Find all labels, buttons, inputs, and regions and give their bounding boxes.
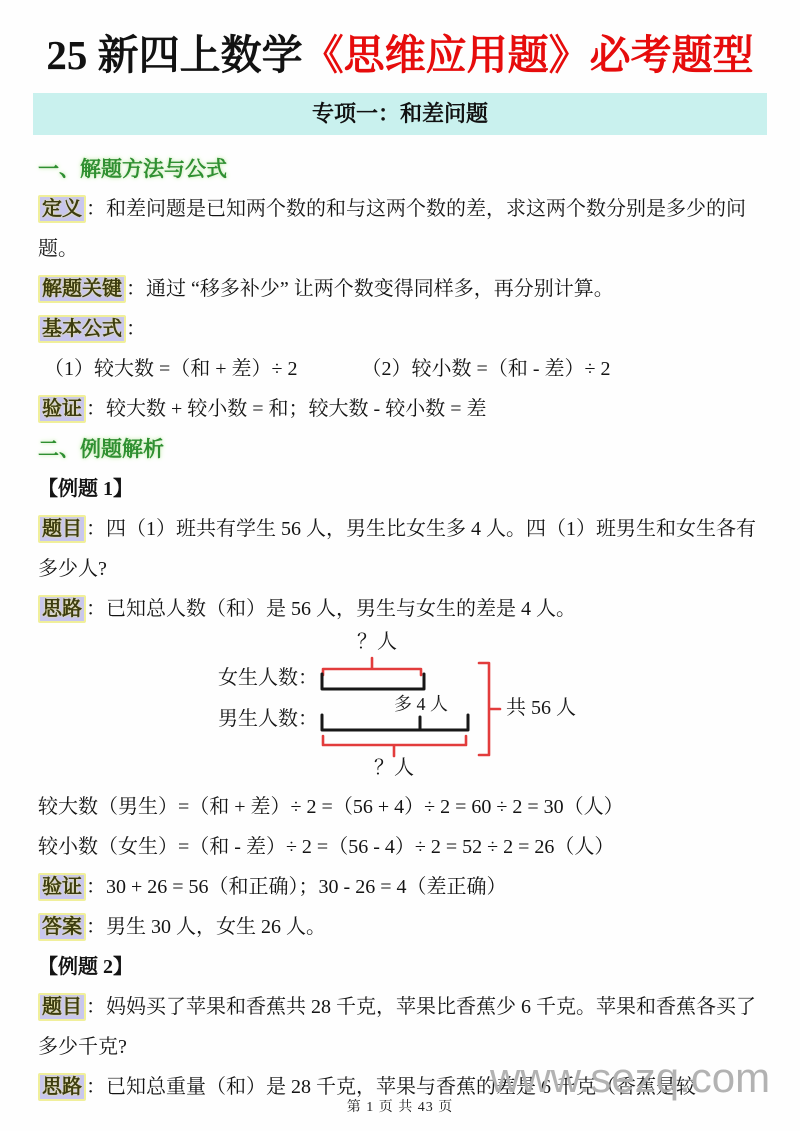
formula-larger: （1）较大数 =（和 + 差）÷ 2	[44, 349, 298, 389]
example1-question-text: ：四（1）班共有学生 56 人，男生比女生多 4 人。四（1）班男生和女生各有多…	[38, 518, 756, 580]
formula-row: （1）较大数 =（和 + 差）÷ 2（2）较小数 =（和 - 差）÷ 2	[38, 349, 764, 389]
girls-bar	[322, 674, 424, 689]
example1-question: 题目：四（1）班共有学生 56 人，男生比女生多 4 人。四（1）班男生和女生各…	[38, 509, 764, 589]
bottom-question-label: ？人	[330, 757, 458, 779]
top-question-label: ？人	[322, 631, 432, 653]
paragraph-verify: 验证：较大数 + 较小数 = 和；较大数 - 较小数 = 差	[38, 389, 764, 429]
example1-verify: 验证：30 + 26 = 56（和正确）；30 - 26 = 4（差正确）	[38, 867, 764, 907]
example1-answer: 答案：男生 30 人，女生 26 人。	[38, 907, 764, 947]
title-black-part: 25 新四上数学	[46, 32, 302, 78]
example1-calc-smaller: 较小数（女生）=（和 - 差）÷ 2 =（56 - 4）÷ 2 = 52 ÷ 2…	[38, 827, 764, 867]
formula-title-colon: ：	[126, 318, 146, 340]
example1-answer-text: ：男生 30 人，女生 26 人。	[86, 916, 326, 938]
paragraph-key: 解题关键：通过 “移多补少” 让两个数变得同样多，再分别计算。	[38, 269, 764, 309]
example1-title: 【例题 1】	[38, 469, 764, 509]
bar-model-diagram: ？人 女生人数： 多 4 人 男生人数： 共 56 人 ？人	[0, 629, 800, 787]
top-brace	[323, 658, 421, 675]
page-number-footer: 第 1 页 共 43 页	[0, 1096, 800, 1116]
difference-label: 多 4 人	[394, 693, 448, 715]
document-body: 一、解题方法与公式 定义：和差问题是已知两个数的和与这两个数的差，求这两个数分别…	[0, 135, 800, 1107]
definition-text: ：和差问题是已知两个数的和与这两个数的差，求这两个数分别是多少的问题。	[38, 198, 746, 260]
total-label: 共 56 人	[506, 697, 576, 719]
paragraph-definition: 定义：和差问题是已知两个数的和与这两个数的差，求这两个数分别是多少的问题。	[38, 189, 764, 269]
boys-bar	[322, 715, 468, 730]
example1-question-chip: 题目	[38, 515, 86, 543]
girls-row-label: 女生人数：	[200, 667, 318, 689]
example1-idea-chip: 思路	[38, 595, 86, 623]
heading-methods: 一、解题方法与公式	[38, 149, 764, 189]
watermark: www.sezq.com	[490, 1054, 770, 1102]
verify-text: ：较大数 + 较小数 = 和；较大数 - 较小数 = 差	[86, 398, 487, 420]
key-text: ：通过 “移多补少” 让两个数变得同样多，再分别计算。	[126, 278, 614, 300]
example2-question-chip: 题目	[38, 993, 86, 1021]
title-red-part: 《思维应用题》必考题型	[303, 32, 754, 78]
example1-verify-text: ：30 + 26 = 56（和正确）；30 - 26 = 4（差正确）	[86, 876, 507, 898]
paragraph-formula-title: 基本公式：	[38, 309, 764, 349]
total-brace	[479, 663, 500, 755]
example1-idea: 思路：已知总人数（和）是 56 人，男生与女生的差是 4 人。	[38, 589, 764, 629]
section-banner: 专项一：和差问题	[33, 93, 767, 135]
definition-label-chip: 定义	[38, 195, 86, 223]
heading-examples: 二、例题解析	[38, 429, 764, 469]
example1-idea-text: ：已知总人数（和）是 56 人，男生与女生的差是 4 人。	[86, 598, 576, 620]
boys-row-label: 男生人数：	[200, 708, 318, 730]
example1-verify-chip: 验证	[38, 873, 86, 901]
worksheet-page: 25 新四上数学《思维应用题》必考题型 专项一：和差问题 一、解题方法与公式 定…	[0, 0, 800, 1131]
example1-answer-chip: 答案	[38, 913, 86, 941]
example2-question-text: ：妈妈买了苹果和香蕉共 28 千克，苹果比香蕉少 6 千克。苹果和香蕉各买了多少…	[38, 996, 756, 1058]
page-title: 25 新四上数学《思维应用题》必考题型	[0, 0, 800, 81]
formula-smaller: （2）较小数 =（和 - 差）÷ 2	[362, 349, 611, 389]
formula-title-chip: 基本公式	[38, 315, 126, 343]
verify-label-chip: 验证	[38, 395, 86, 423]
bottom-brace	[323, 736, 466, 756]
example1-calc-larger: 较大数（男生）=（和 + 差）÷ 2 =（56 + 4）÷ 2 = 60 ÷ 2…	[38, 787, 764, 827]
example2-title: 【例题 2】	[38, 947, 764, 987]
key-label-chip: 解题关键	[38, 275, 126, 303]
